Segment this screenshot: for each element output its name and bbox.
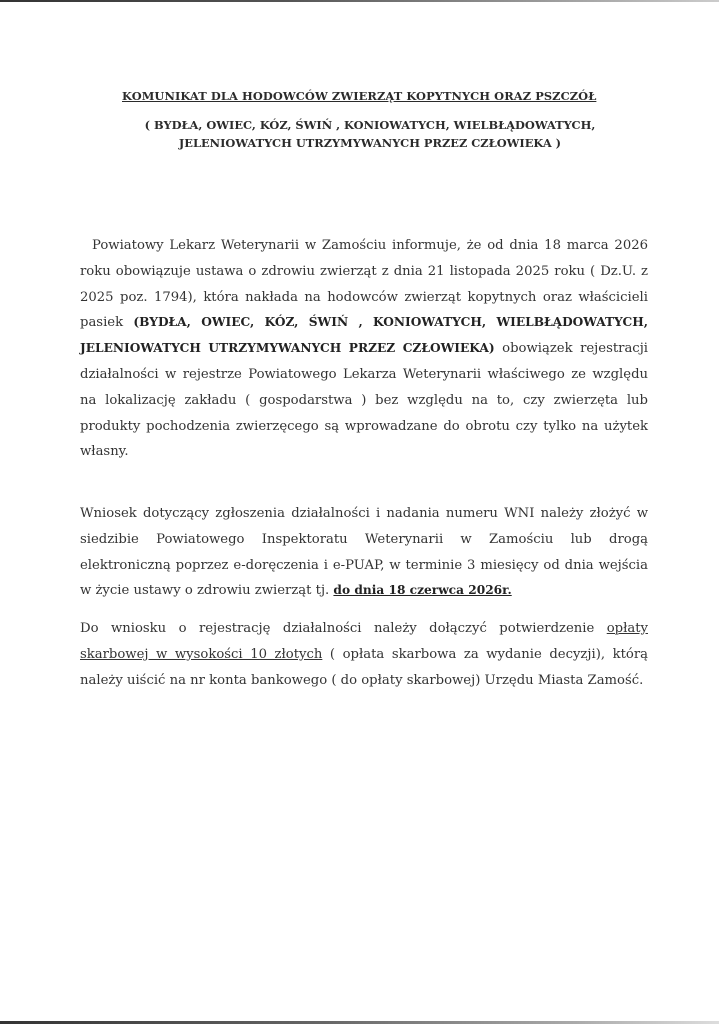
paragraph-registration-obligation: Powiatowy Lekarz Weterynarii w Zamościu … bbox=[80, 233, 648, 465]
paragraph-fee: Do wniosku o rejestrację działalności na… bbox=[80, 616, 648, 693]
subtitle-line-2: JELENIOWATYCH UTRZYMYWANYCH PRZEZ CZŁOWI… bbox=[100, 134, 640, 152]
paragraph1-text-b: obowiązek rejestracji działalności w rej… bbox=[80, 341, 648, 459]
subtitle-line-1: ( BYDŁA, OWIEC, KÓZ, ŚWIŃ , KONIOWATYCH,… bbox=[100, 116, 640, 134]
paragraph-application: Wniosek dotyczący zgłoszenia działalnośc… bbox=[80, 501, 648, 604]
scan-edge-top bbox=[0, 0, 719, 2]
document-title: KOMUNIKAT DLA HODOWCÓW ZWIERZĄT KOPYTNYC… bbox=[122, 89, 622, 103]
paragraph2-deadline: do dnia 18 czerwca 2026r. bbox=[333, 583, 511, 597]
paragraph3-text-a: Do wniosku o rejestrację działalności na… bbox=[80, 621, 607, 636]
document-subtitle: ( BYDŁA, OWIEC, KÓZ, ŚWIŃ , KONIOWATYCH,… bbox=[100, 116, 640, 152]
